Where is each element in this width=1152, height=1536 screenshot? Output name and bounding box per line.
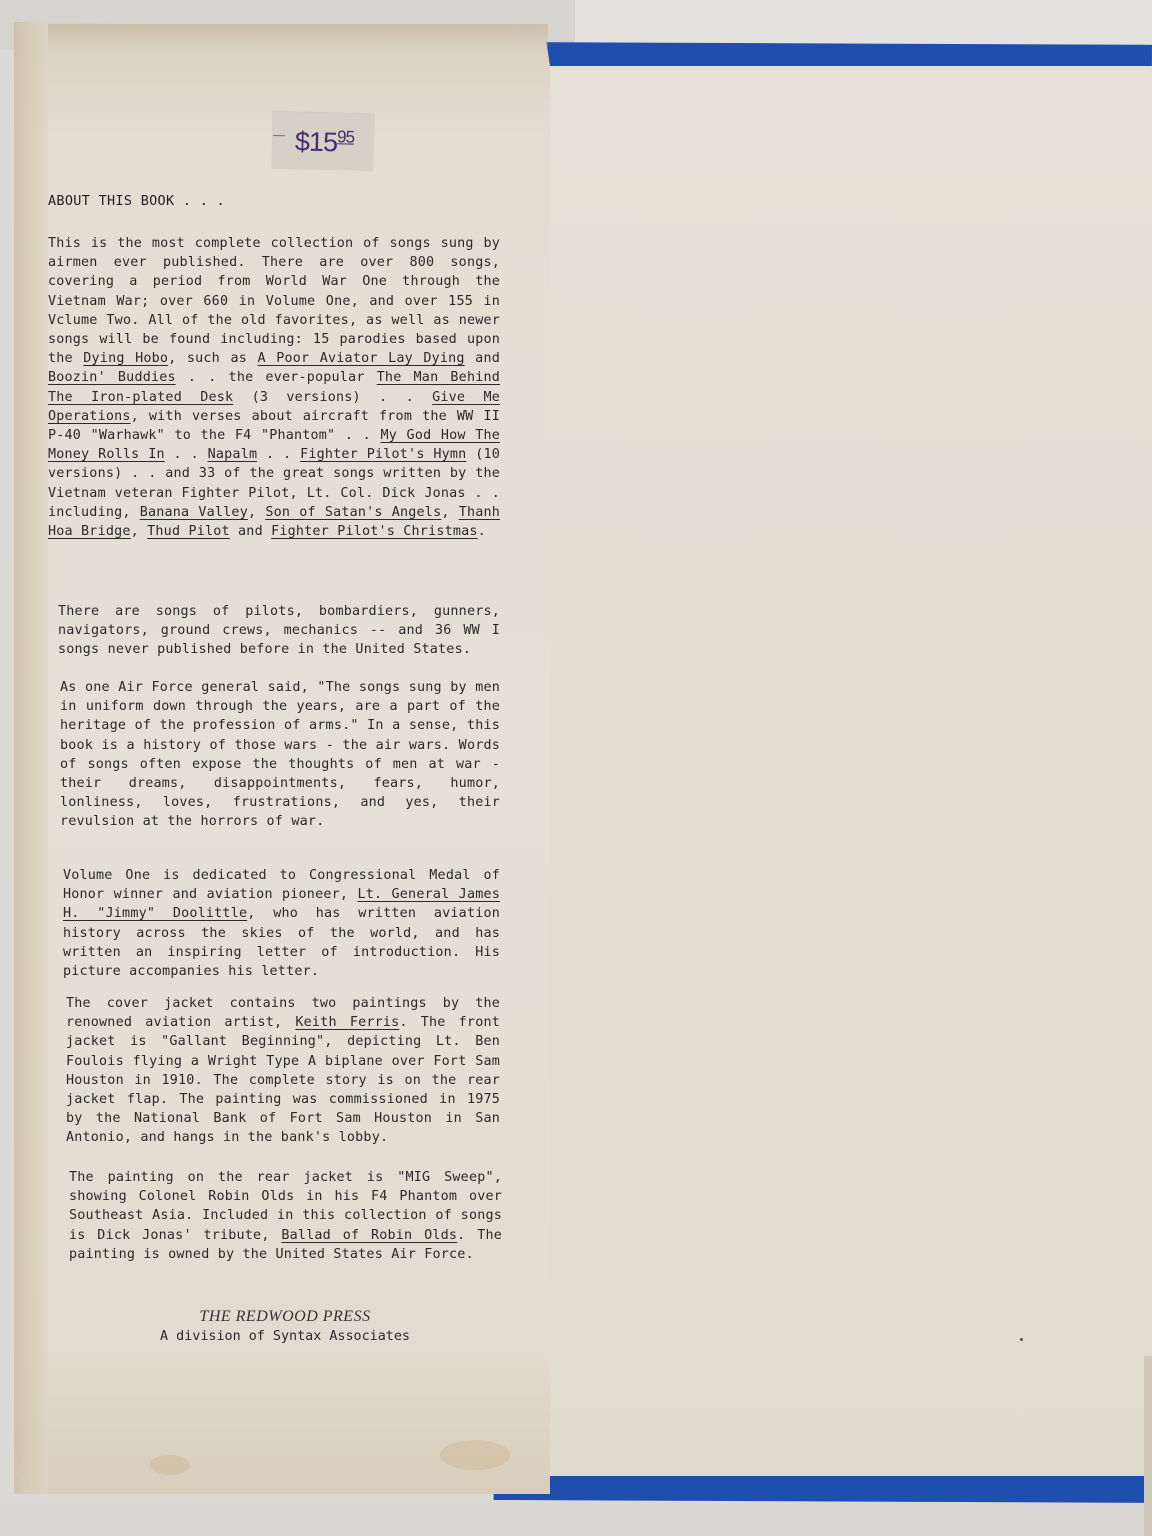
page-edge <box>1144 1356 1152 1536</box>
paragraph-songs-overview: This is the most complete collection of … <box>48 234 500 541</box>
song-title: Son of Satan's Angels <box>265 505 441 520</box>
price-dollars: $15 <box>295 126 338 157</box>
song-title: Dying Hobo <box>83 351 168 366</box>
speck <box>1020 1338 1023 1341</box>
flap-wear <box>48 24 548 54</box>
body-text: , such as <box>168 351 257 366</box>
publisher-division: A division of Syntax Associates <box>130 1329 440 1344</box>
stain <box>440 1440 510 1470</box>
price-sticker: $1595 <box>272 112 373 170</box>
price-cents: 95 <box>337 127 354 146</box>
paragraph-cover-paintings: The cover jacket contains two paintings … <box>66 994 500 1148</box>
song-title: Banana Valley <box>140 505 248 520</box>
body-text: . . <box>257 447 300 462</box>
publisher-name: THE REDWOOD PRESS <box>150 1308 420 1326</box>
body-text: . . <box>165 447 208 462</box>
song-title: A Poor Aviator Lay Dying <box>257 351 464 366</box>
price-text: $1595 <box>295 126 355 158</box>
body-text: . <box>478 524 486 539</box>
body-text: As one Air Force general said, "The song… <box>60 680 500 829</box>
body-text: and <box>465 351 500 366</box>
body-text: and <box>230 524 271 539</box>
body-text: (3 versions) . . <box>233 390 432 405</box>
paragraph-song-subjects: There are songs of pilots, bombardiers, … <box>58 602 500 660</box>
body-text: , <box>131 524 148 539</box>
background-surface <box>0 1500 1152 1536</box>
stain <box>150 1455 190 1475</box>
paragraph-dedication: Volume One is dedicated to Congressional… <box>63 866 500 981</box>
paragraph-heritage: As one Air Force general said, "The song… <box>60 678 500 832</box>
body-text: There are songs of pilots, bombardiers, … <box>58 604 500 657</box>
body-text: , <box>248 505 265 520</box>
flap-fold-crease <box>14 22 48 1494</box>
book-endpaper <box>545 66 1152 1476</box>
body-text: , <box>441 505 458 520</box>
song-title: Ballad of Robin Olds <box>281 1228 457 1243</box>
paragraph-rear-painting: The painting on the rear jacket is "MIG … <box>69 1168 502 1264</box>
song-title: Fighter Pilot's Hymn <box>300 447 466 462</box>
song-title: Fighter Pilot's Christmas <box>271 524 478 539</box>
song-title: Napalm <box>208 447 258 462</box>
body-text: . The front jacket is "Gallant Beginning… <box>66 1015 500 1145</box>
song-title: Keith Ferris <box>295 1015 399 1030</box>
price-dash <box>273 135 285 136</box>
song-title: Thud Pilot <box>147 524 230 539</box>
section-heading: ABOUT THIS BOOK . . . <box>48 193 225 209</box>
body-text: This is the most complete collection of … <box>48 236 500 366</box>
body-text: . . the ever-popular <box>176 370 377 385</box>
song-title: Boozin' Buddies <box>48 370 176 385</box>
